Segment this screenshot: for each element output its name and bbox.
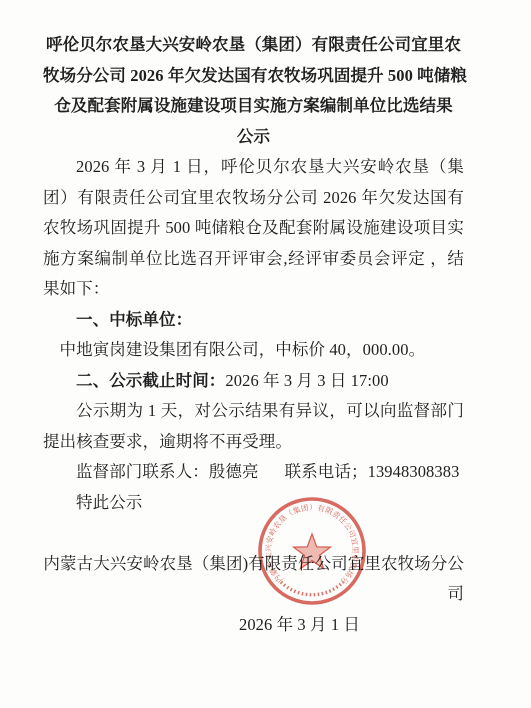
document-title: 呼伦贝尔农垦大兴安岭农垦（集团）有限责任公司宜里农 牧场分公司 2026 年欠发… [43, 30, 464, 152]
section1-heading: 一、中标单位： [43, 305, 464, 336]
title-line: 呼伦贝尔农垦大兴安岭农垦（集团）有限责任公司宜里农 [43, 30, 464, 61]
official-seal-stamp: 内蒙古大兴安岭农垦（集团）有限责任公司宜里农牧场分公司 [237, 476, 387, 626]
title-line: 公示 [43, 122, 464, 153]
winning-bidder-line: 中地寅岗建设集团有限公司，中标价 40，000.00。 [43, 335, 464, 366]
document-page: 呼伦贝尔农垦大兴安岭农垦（集团）有限责任公司宜里农 牧场分公司 2026 年欠发… [0, 0, 531, 708]
section2-heading: 二、公示截止时间： [76, 371, 225, 390]
contact-person: 监督部门联系人：殷德亮 [76, 462, 259, 481]
section2-line: 二、公示截止时间：2026 年 3 月 3 日 17:00 [43, 366, 464, 397]
seal-star-icon [294, 534, 331, 569]
title-line: 仓及配套附属设施建设项目实施方案编制单位比选结果 [43, 91, 464, 122]
section2-deadline: 2026 年 3 月 3 日 17:00 [225, 371, 388, 390]
seal-serial-marks [281, 582, 343, 595]
intro-paragraph: 2026 年 3 月 1 日，呼伦贝尔农垦大兴安岭农垦（集团）有限责任公司宜里农… [43, 152, 464, 305]
title-line: 牧场分公司 2026 年欠发达国有农牧场巩固提升 500 吨储粮 [43, 61, 464, 92]
objection-paragraph: 公示期为 1 天，对公示结果有异议，可以向监督部门提出核查要求，逾期将不再受理。 [43, 396, 464, 457]
